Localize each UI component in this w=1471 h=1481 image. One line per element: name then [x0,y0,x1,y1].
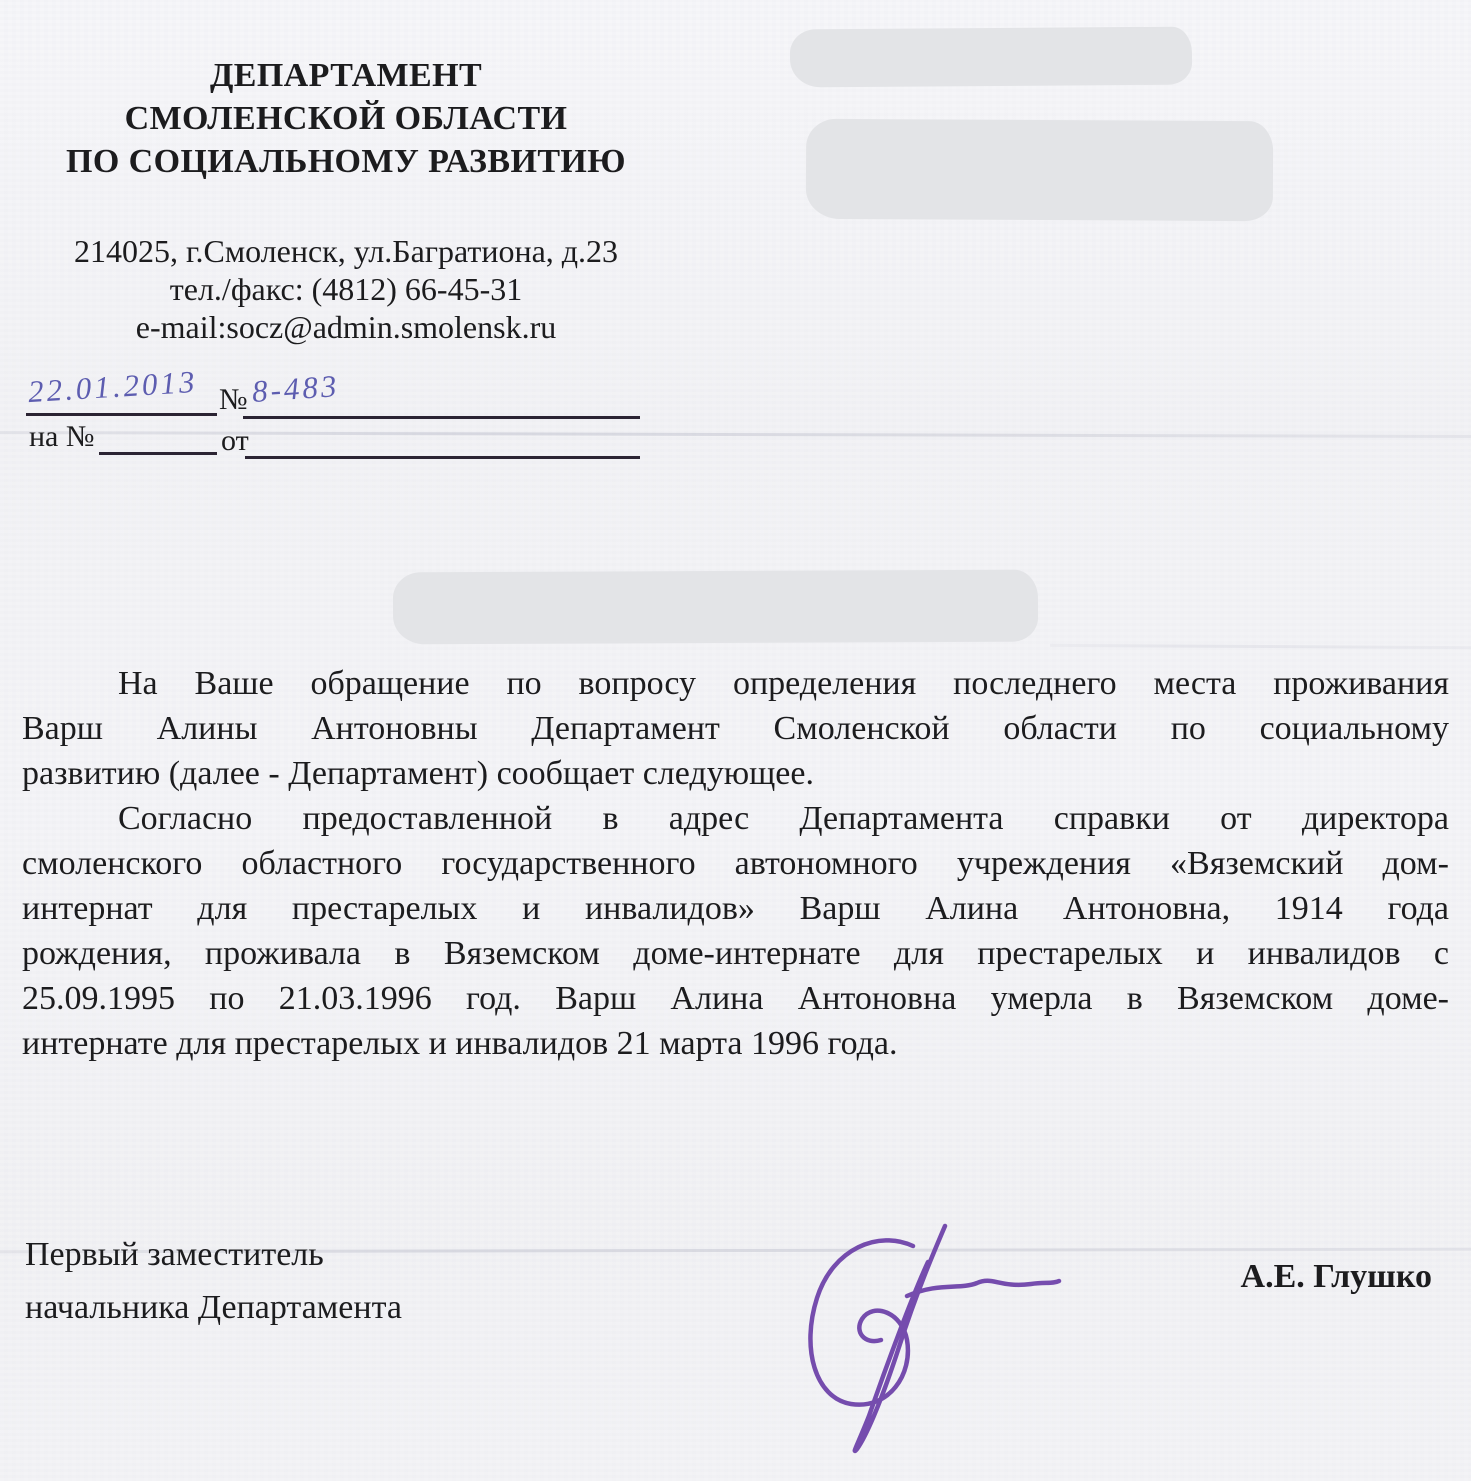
letterhead-address: 214025, г.Смоленск, ул.Багратиона, д.23 [26,232,666,270]
signature-loop-stroke [810,1240,913,1404]
org-name-line-3: ПО СОЦИАЛЬНОМУ РАЗВИТИЮ [26,140,666,183]
redaction-block-top-1 [790,27,1192,88]
signoff-position-line-1: Первый заместитель [25,1228,402,1281]
body-line: Варш Алины Антоновны Департамент Смоленс… [22,706,1449,751]
body-line: развитию (далее - Департамент) сообщает … [22,751,1449,796]
signoff-position-line-2: начальника Департамента [25,1281,402,1334]
number-underline [243,416,640,419]
letterhead-phone-fax: тел./факс: (4812) 66-45-31 [26,270,666,308]
body-line: смоленского областного государственного … [22,841,1449,886]
body-line: интернат для престарелых и инвалидов» Ва… [22,886,1449,931]
from-date-underline [245,456,640,459]
letterhead-org-name: ДЕПАРТАМЕНТ СМОЛЕНСКОЙ ОБЛАСТИ ПО СОЦИАЛ… [26,54,666,183]
body-line: 25.09.1995 по 21.03.1996 год. Варш Алина… [22,976,1449,1021]
signoff-position: Первый заместитель начальника Департамен… [25,1228,402,1334]
number-sign-label: № [219,384,248,416]
org-name-line-1: ДЕПАРТАМЕНТ [26,54,666,97]
org-name-line-2: СМОЛЕНСКОЙ ОБЛАСТИ [26,97,666,140]
date-underline [26,413,217,416]
body-line: рождения, проживала в Вяземском доме-инт… [22,931,1449,976]
handwritten-outgoing-number: 8-483 [251,368,341,410]
body-line: интернате для престарелых и инвалидов 21… [22,1021,1449,1066]
in-reply-underline [99,452,217,455]
letterhead-contact-block: 214025, г.Смоленск, ул.Багратиона, д.23 … [26,232,666,346]
redaction-block-top-2 [806,119,1274,221]
signer-name: А.Е. Глушко [1100,1258,1432,1296]
from-date-label: от [221,425,249,457]
handwritten-signature [795,1222,1095,1457]
scanned-letter-page: ДЕПАРТАМЕНТ СМОЛЕНСКОЙ ОБЛАСТИ ПО СОЦИАЛ… [0,0,1471,1481]
letter-body: На Ваше обращение по вопросу определения… [22,661,1449,1066]
body-paragraph-1: На Ваше обращение по вопросу определения… [22,661,1449,796]
in-reply-to-label: на № [29,421,95,453]
body-line: Согласно предоставленной в адрес Департа… [22,796,1449,841]
body-line: На Ваше обращение по вопросу определения… [22,661,1449,706]
paper-fold-crease-middle-right [1050,644,1471,649]
letterhead-email: e-mail:socz@admin.smolensk.ru [26,308,666,346]
signature-tail-stroke [907,1281,1059,1296]
body-paragraph-2: Согласно предоставленной в адрес Департа… [22,796,1449,1066]
redaction-block-middle [393,570,1038,645]
handwritten-date: 22.01.2013 [27,364,198,410]
